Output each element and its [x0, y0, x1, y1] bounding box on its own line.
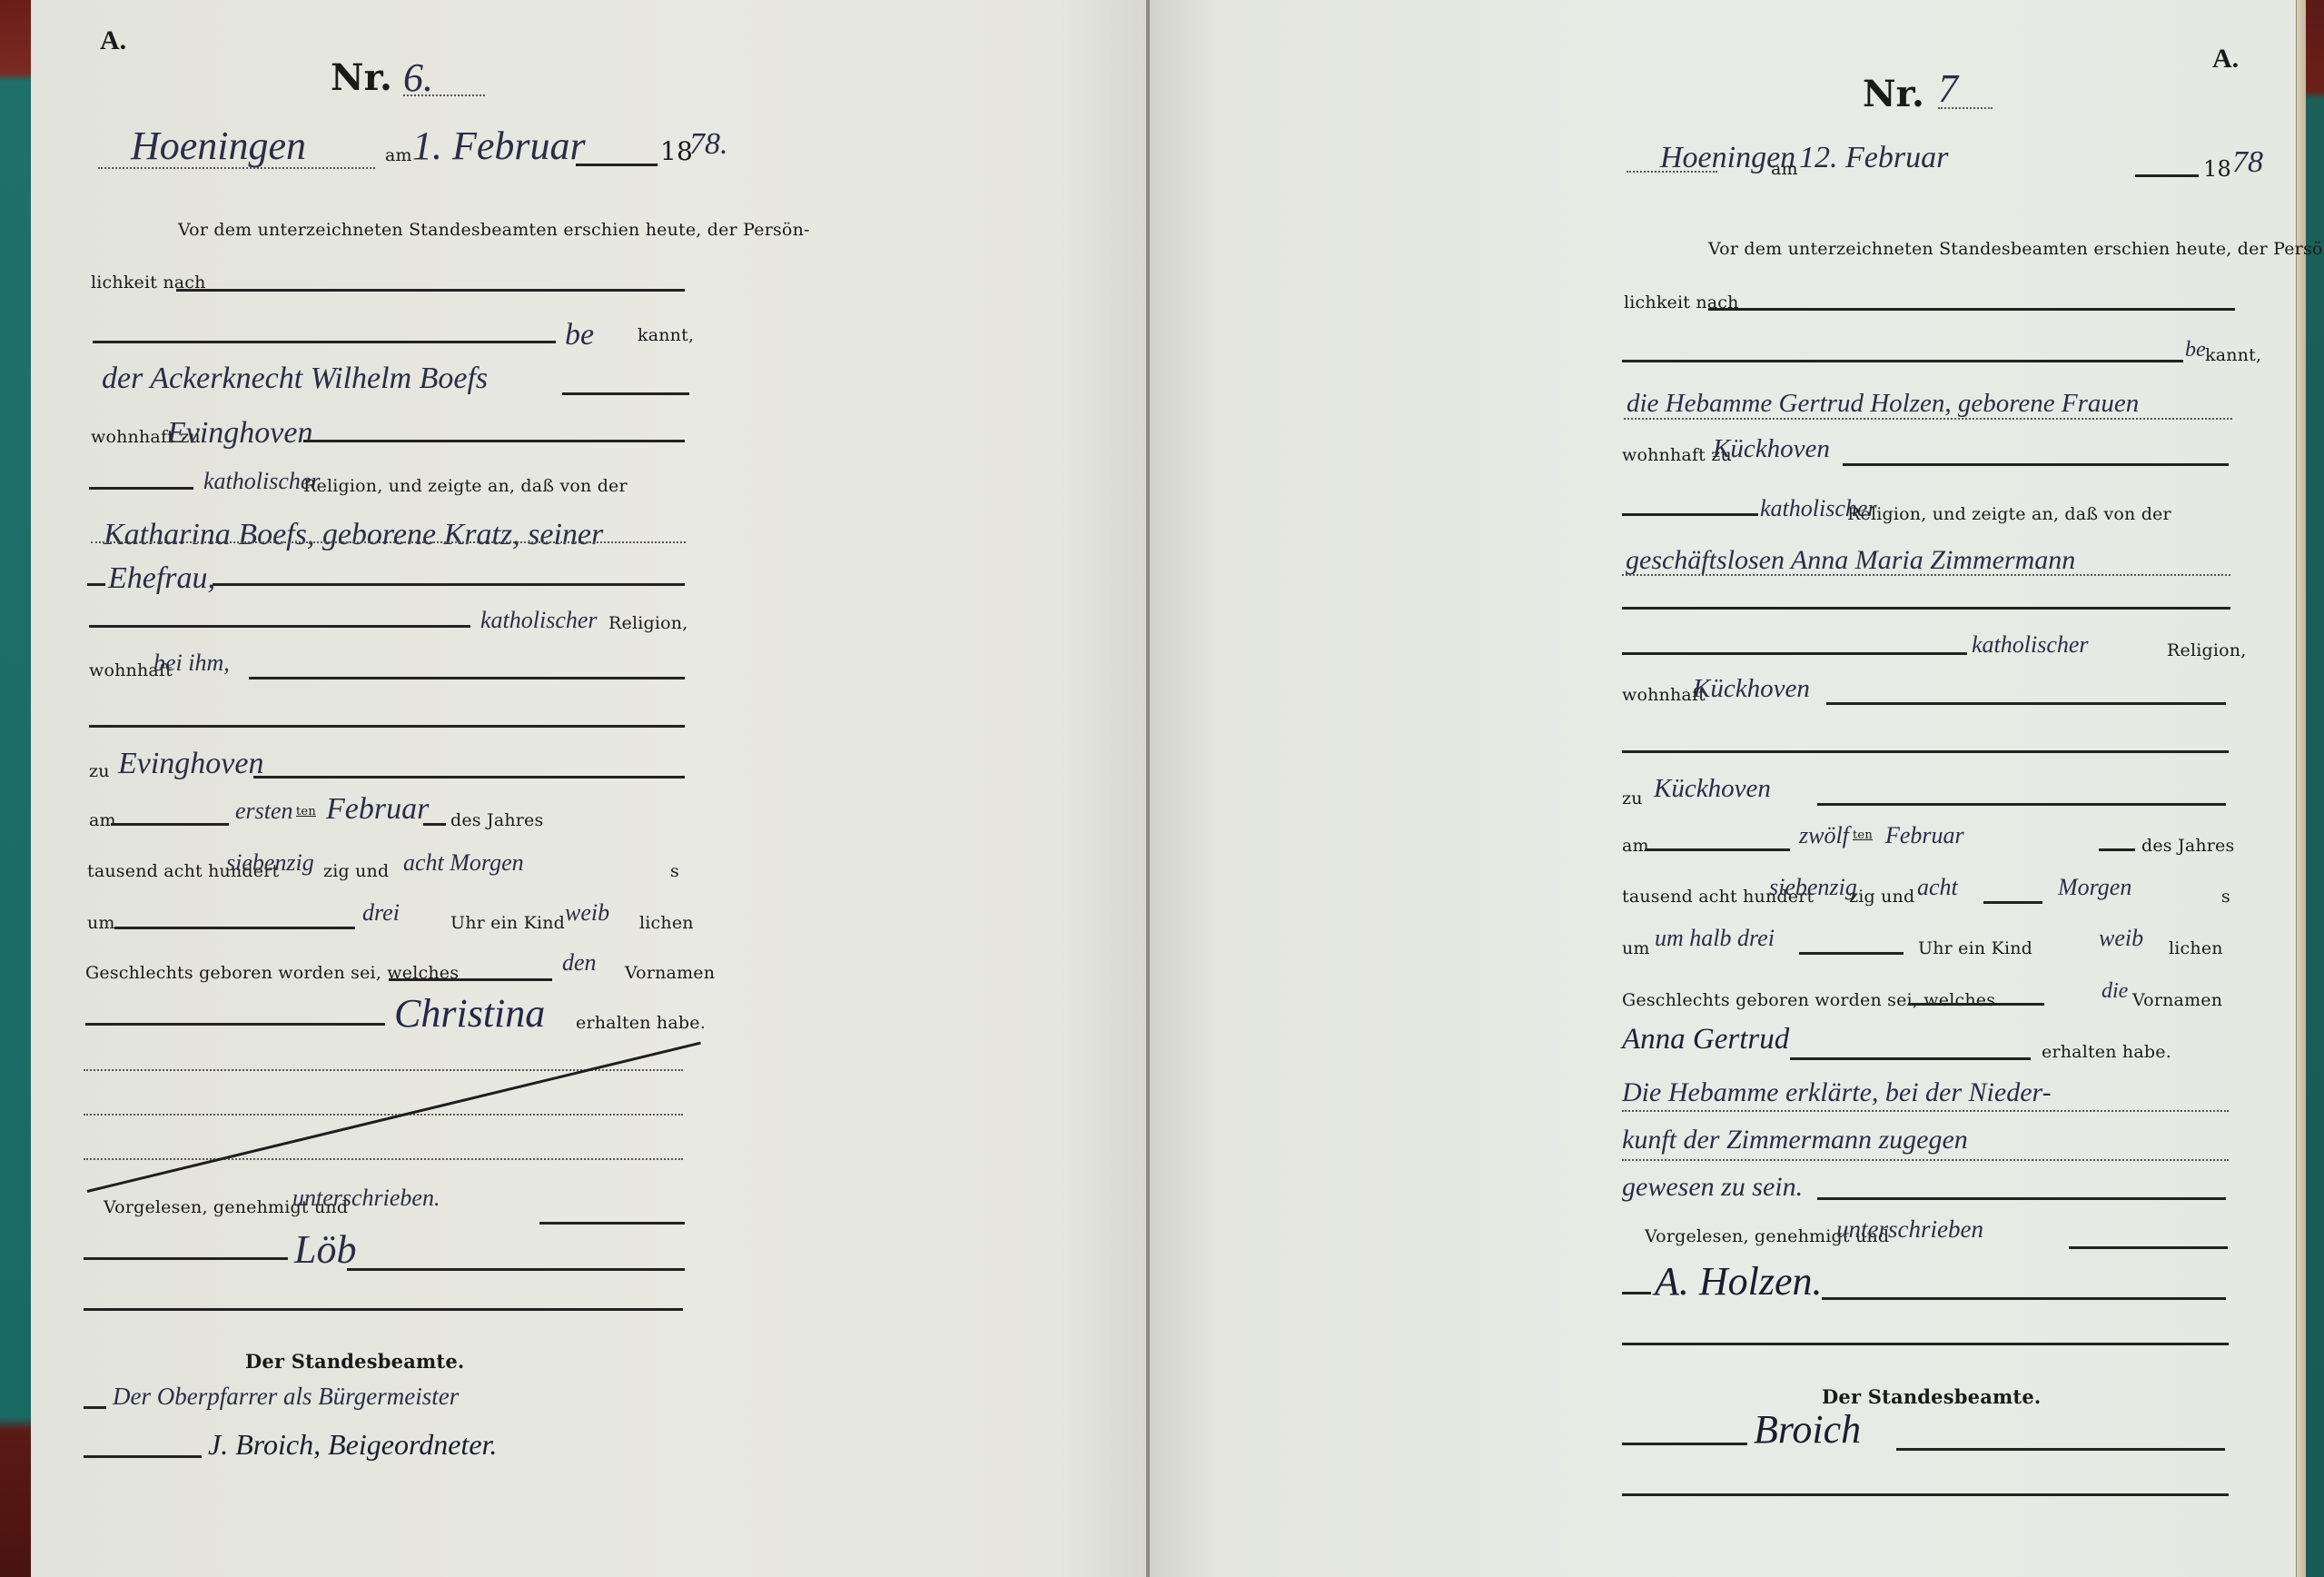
form-line [1826, 702, 2226, 705]
den-handwritten: den [562, 949, 597, 977]
zig-und-label: zig und [323, 861, 389, 881]
birth-place: Evinghoven [118, 747, 264, 781]
den-handwritten: die [2101, 979, 2128, 1004]
kannt-handwritten: be [2185, 338, 2206, 362]
form-line [347, 1268, 685, 1271]
birth-decade: siebenzig [226, 849, 314, 877]
am-label-2: am [89, 810, 116, 830]
um-label: um [87, 913, 115, 933]
form-line [176, 289, 685, 292]
empty-line [84, 1158, 683, 1160]
informant: der Ackerknecht Wilhelm Boefs [102, 362, 488, 396]
am-label: am [1771, 159, 1798, 179]
year-suffix: 78. [689, 127, 728, 162]
form-line [1790, 1057, 2031, 1060]
remark-line [1622, 1159, 2229, 1161]
form-line [89, 625, 470, 628]
form-line [1622, 1292, 1651, 1294]
birth-day: ersten [235, 798, 293, 825]
empty-line [84, 1114, 683, 1116]
vornamen-label: Vornamen [2132, 990, 2222, 1010]
birth-hour: drei [362, 899, 400, 927]
mother-religion: katholischer [1972, 631, 2089, 659]
remark-line [1622, 1110, 2229, 1112]
record-number-label: Nr. [1863, 73, 1924, 115]
form-line [87, 583, 105, 586]
date-line [2135, 174, 2199, 177]
ten-label: ten [296, 805, 316, 818]
child-sex: weib [565, 899, 609, 927]
informant-signature: A. Holzen. [1655, 1258, 1823, 1304]
book-cover-left [0, 0, 31, 1577]
kannt-label: kannt, [638, 325, 694, 345]
form-line [1908, 1003, 2044, 1006]
form-line [84, 1257, 288, 1260]
unterschrieben: unterschrieben. [292, 1185, 440, 1212]
birth-year-unit: acht Morgen [403, 849, 524, 877]
year-suffix: 78 [2232, 145, 2263, 180]
form-line [1708, 308, 2235, 311]
des-jahres-label: des Jahres [2141, 836, 2234, 856]
form-line [303, 440, 685, 442]
um-label: um [1622, 938, 1650, 958]
mother-religion: katholischer [480, 607, 598, 634]
form-line [89, 487, 193, 490]
form-line [1843, 463, 2229, 466]
form-line [539, 1222, 685, 1225]
vornamen-label: Vornamen [625, 963, 715, 983]
intro-text: Vor dem unterzeichneten Standesbeamten e… [178, 220, 810, 240]
series-letter: A. [2212, 44, 2239, 74]
child-sex: weib [2099, 925, 2143, 952]
record-number-label: Nr. [331, 56, 392, 99]
form-line [562, 392, 689, 395]
form-line [93, 341, 556, 343]
zig-und-label: zig und [1849, 887, 1914, 907]
right-page: A. Nr. 7 Hoeningen am 12. Februar 18 78 … [1150, 0, 2296, 1577]
form-line [114, 927, 355, 929]
form-line [1799, 952, 1904, 955]
registrar-signature: J. Broich, Beigeordneter. [208, 1428, 497, 1462]
religion-line-label: Religion, und zeigte an, daß von der [1847, 504, 2171, 524]
record-number-line [403, 94, 485, 96]
form-line [1645, 848, 1790, 851]
mother-2: Ehefrau, [108, 561, 215, 596]
form-line [1622, 574, 2230, 576]
mother-residence: Kückhoven [1693, 674, 1810, 704]
des-jahres-label: des Jahres [450, 810, 543, 830]
form-line [1622, 607, 2230, 610]
remark-line-2: kunft der Zimmermann zugegen [1622, 1125, 1968, 1155]
s-label: s [670, 861, 679, 881]
informant: die Hebamme Gertrud Holzen, geborene Fra… [1627, 389, 2139, 419]
form-line [111, 823, 229, 826]
birth-month: Februar [1885, 822, 1964, 849]
form-line [84, 1308, 683, 1311]
lichen-label: lichen [639, 913, 694, 933]
morning: Morgen [2058, 874, 2131, 901]
form-line [249, 677, 685, 679]
religion-line-label: Religion, und zeigte an, daß von der [303, 476, 628, 496]
registration-place: Hoeningen [131, 123, 306, 169]
form-line [1622, 513, 1758, 516]
form-line [1622, 1493, 2229, 1496]
kannt-handwritten: be [565, 318, 594, 352]
year-prefix: 18 [660, 136, 693, 166]
informant-residence: Kückhoven [1713, 434, 1830, 464]
uhr-label: Uhr ein Kind [1918, 938, 2032, 958]
year-prefix: 18 [2203, 156, 2231, 182]
child-name: Christina [394, 990, 545, 1036]
zu-label: zu [89, 761, 110, 781]
unterschrieben: unterschrieben [1836, 1215, 1983, 1244]
form-line [213, 583, 685, 586]
remark-line-1: Die Hebamme erklärte, bei der Nieder- [1622, 1077, 2052, 1108]
form-line [1622, 652, 1967, 655]
birth-year-unit: acht [1917, 874, 1958, 901]
form-line [1817, 803, 2226, 806]
mother: geschäftslosen Anna Maria Zimmermann [1626, 545, 2075, 576]
registrar-office: Der Oberpfarrer als Bürgermeister [113, 1383, 459, 1411]
kannt-label: kannt, [2205, 345, 2261, 365]
left-page: A. Nr. 6. Hoeningen am 1. Februar 18 78.… [31, 0, 1150, 1577]
form-line [2099, 848, 2135, 851]
religion-label: Religion, [608, 613, 687, 633]
strike-through-line [87, 1042, 701, 1193]
lichen-label: lichen [2169, 938, 2223, 958]
form-line [1983, 901, 2042, 904]
page-edges [2296, 0, 2306, 1577]
birth-place: Kückhoven [1654, 774, 1771, 804]
geschlechts-label: Geschlechts geboren worden sei, welches [1622, 990, 1995, 1010]
remark-line-3: gewesen zu sein. [1622, 1172, 1803, 1203]
registrar-title: Der Standesbeamte. [245, 1350, 464, 1373]
s-label: s [2221, 887, 2230, 907]
form-line [89, 725, 685, 728]
uhr-label: Uhr ein Kind [450, 913, 565, 933]
form-line [2069, 1246, 2228, 1249]
birth-day: zwölf [1799, 822, 1849, 849]
form-line [1822, 1297, 2226, 1300]
form-line [389, 978, 552, 981]
form-line [1622, 1443, 1747, 1445]
form-line [253, 776, 685, 779]
ten-label: ten [1853, 828, 1873, 842]
form-line [1896, 1448, 2225, 1451]
registration-date: 12. Februar [1799, 141, 1948, 175]
place-line [98, 167, 375, 169]
birth-month: Februar [326, 792, 429, 827]
registrar-signature: Broich [1754, 1406, 1861, 1453]
form-line [1624, 418, 2232, 420]
birth-decade: siebenzig [1769, 874, 1857, 901]
religion-label: Religion, [2167, 640, 2246, 660]
form-line [84, 1455, 202, 1458]
mother-residence: bei ihm, [153, 650, 230, 677]
record-number-line [1938, 107, 1993, 109]
form-line [1622, 1343, 2229, 1345]
record-number: 7 [1938, 65, 1958, 112]
form-line [84, 1406, 106, 1409]
date-line [576, 164, 658, 166]
informant-signature: Löb [294, 1226, 356, 1273]
registrar-title: Der Standesbeamte. [1822, 1385, 2041, 1408]
erhalten-label: erhalten habe. [576, 1013, 706, 1033]
mother: Katharina Boefs, geborene Kratz, seiner [104, 518, 603, 552]
birth-hour: um halb drei [1655, 925, 1775, 952]
form-line [91, 541, 686, 543]
form-line [1622, 750, 2229, 753]
am-label: am [385, 145, 412, 165]
registration-date: 1. Februar [412, 123, 586, 169]
informant-residence: Evinghoven [167, 416, 313, 451]
form-line [1622, 360, 2183, 362]
am-label-2: am [1622, 836, 1649, 856]
form-line [423, 823, 446, 826]
erhalten-label: erhalten habe. [2042, 1042, 2171, 1062]
intro-text: Vor dem unterzeichneten Standesbeamten e… [1708, 239, 2324, 259]
zu-label: zu [1622, 788, 1643, 808]
series-letter: A. [100, 25, 126, 56]
child-name: Anna Gertrud [1622, 1023, 1789, 1056]
form-line [85, 1023, 385, 1026]
form-line [1817, 1197, 2226, 1200]
